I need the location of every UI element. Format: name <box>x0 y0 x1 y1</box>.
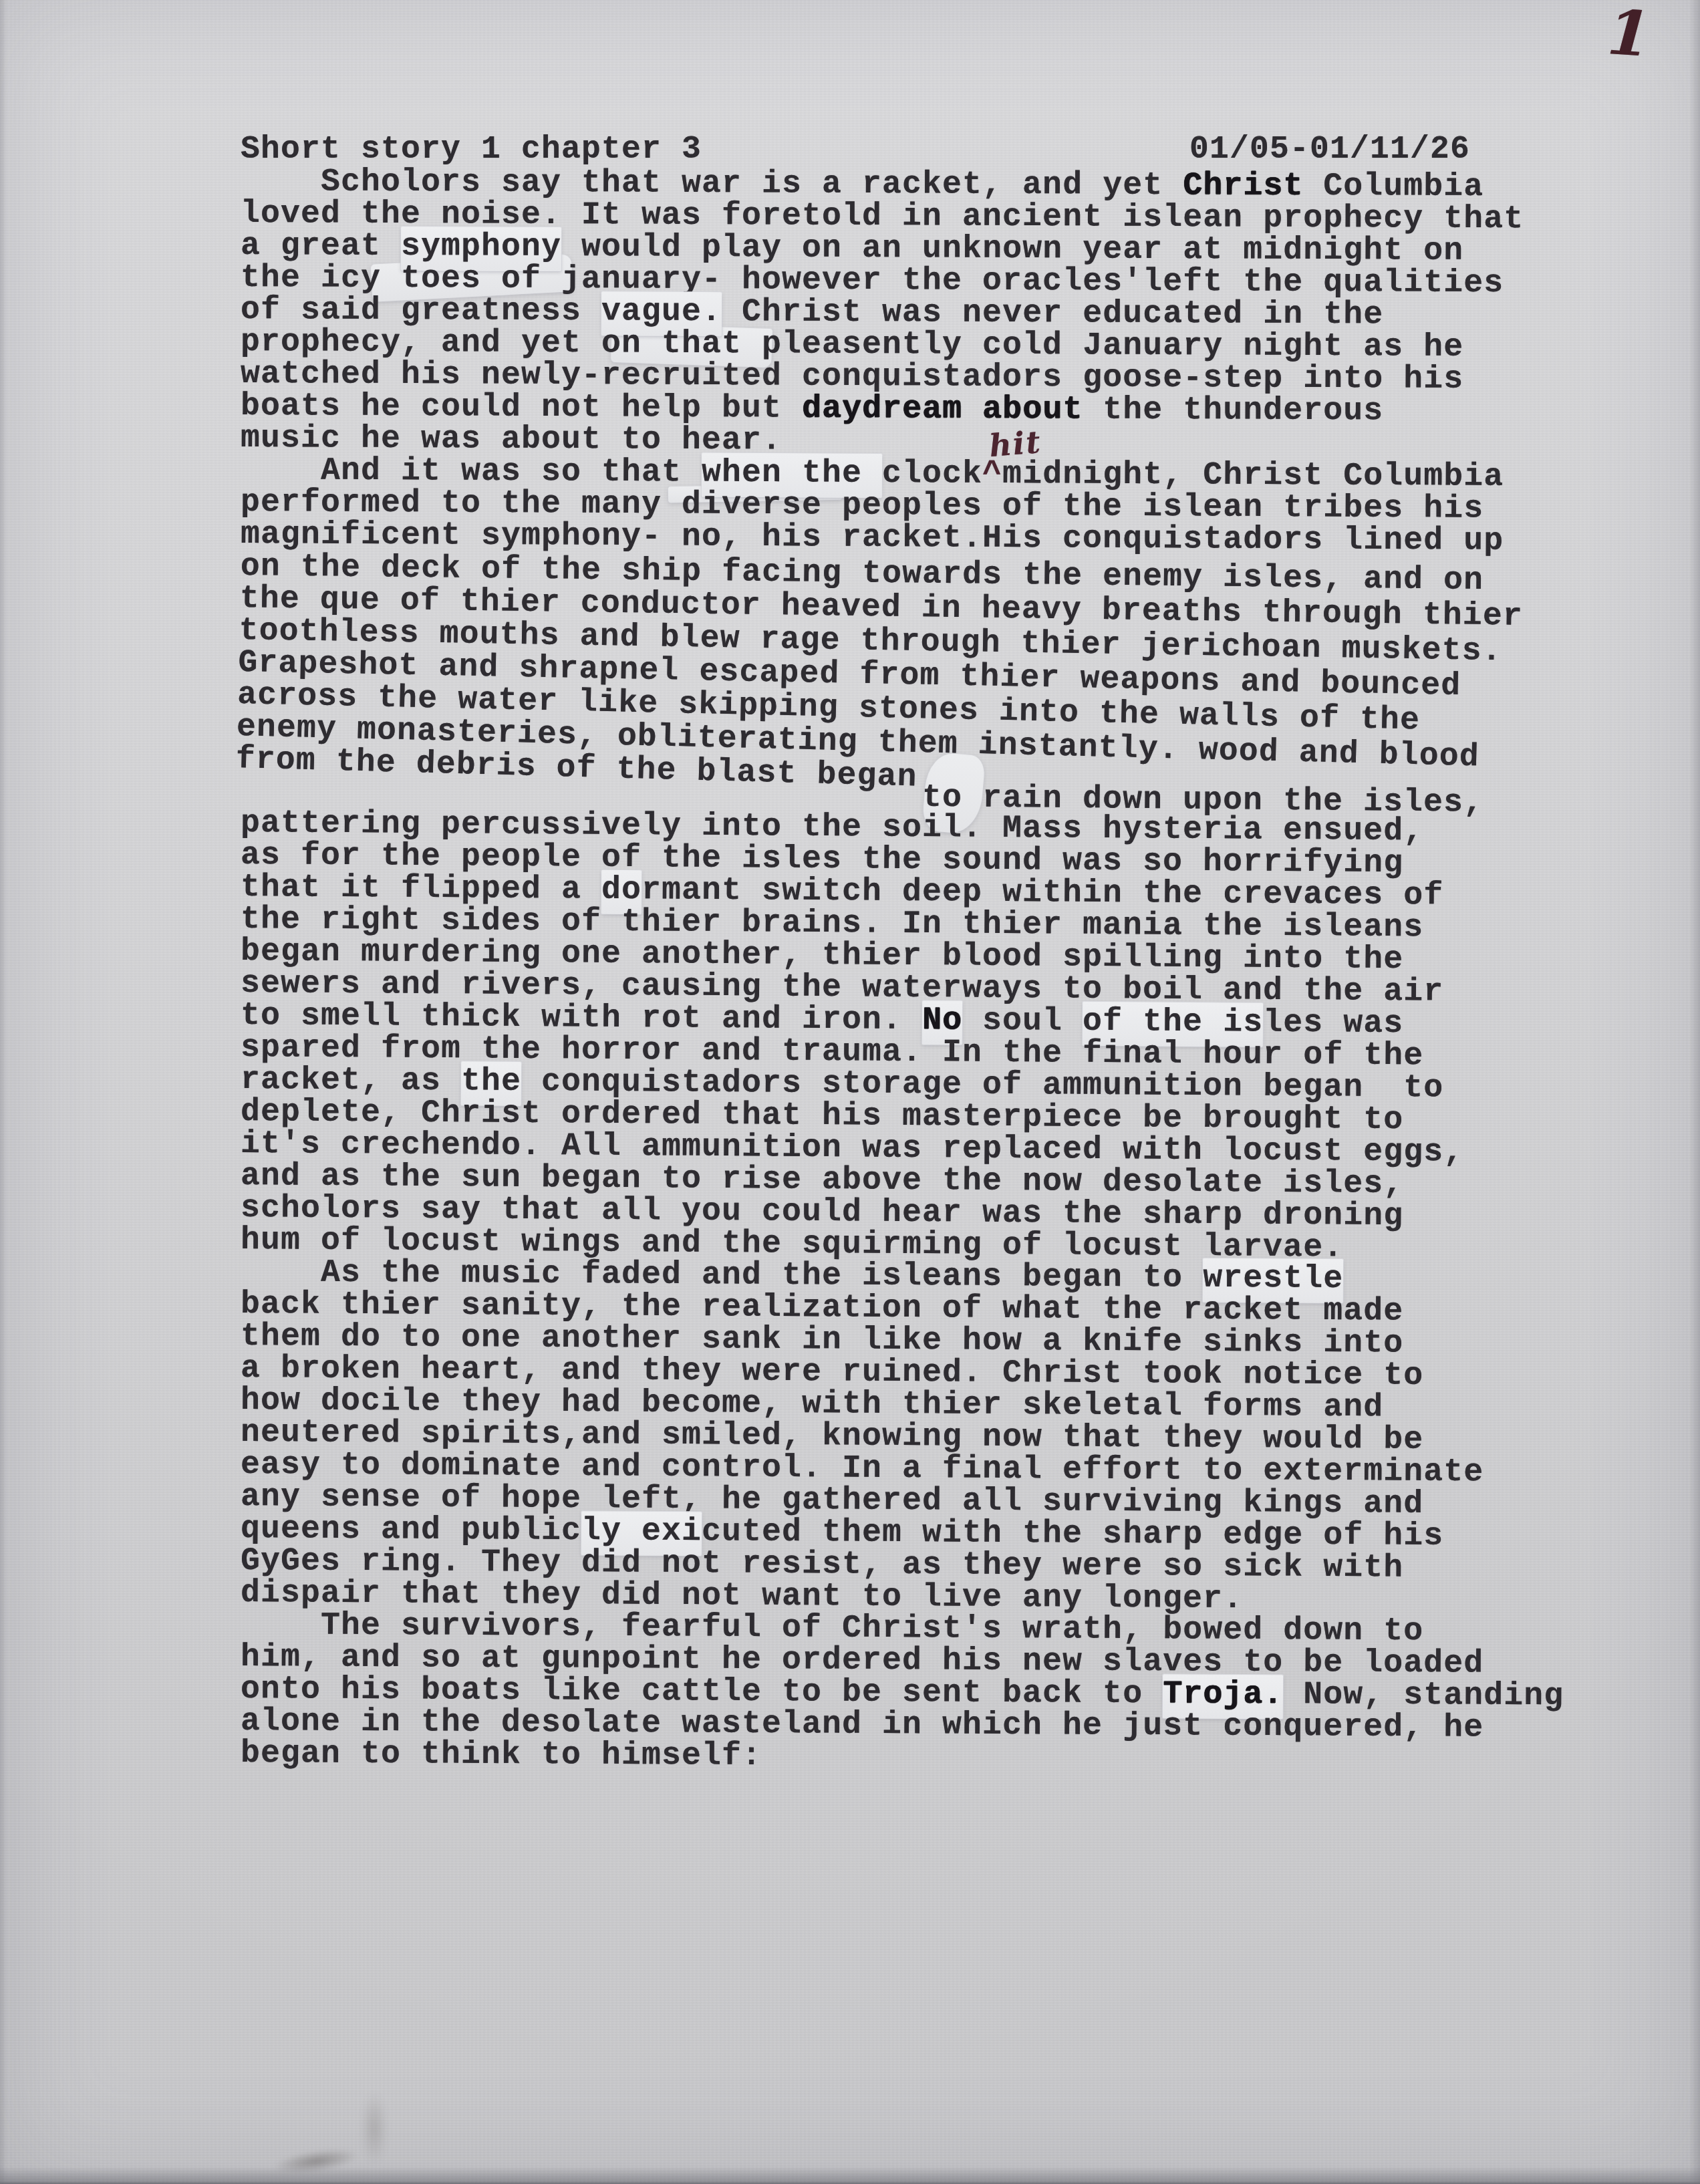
document-header: Short story 1 chapter 3 01/05-01/11/26 <box>241 134 1470 166</box>
handwritten-insert: hit <box>988 426 1042 462</box>
scan-edge-shadow <box>1689 0 1700 2184</box>
page-number-handwritten: 1 <box>1606 1 1653 65</box>
overstruck-text: Christ <box>1183 168 1303 204</box>
scan-edge-shadow <box>0 2167 1700 2184</box>
overstruck-text: daydream about <box>802 391 1083 428</box>
doc-title: Short story 1 chapter 3 <box>241 134 702 166</box>
doc-date: 01/05-01/11/26 <box>1189 134 1470 166</box>
typed-page-content: Short story 1 chapter 3 01/05-01/11/26 S… <box>241 134 1564 1770</box>
typed-line: began to think to himself: <box>241 1738 762 1772</box>
typed-body: Scholors say that war is a racket, and y… <box>241 166 1564 1770</box>
typed-line: music he was about to hear. <box>241 422 782 457</box>
ink-smudge <box>361 2092 388 2165</box>
paper-sheet: 1 Short story 1 chapter 3 01/05-01/11/26… <box>0 0 1700 2184</box>
scan-edge-shadow <box>0 0 7 2184</box>
